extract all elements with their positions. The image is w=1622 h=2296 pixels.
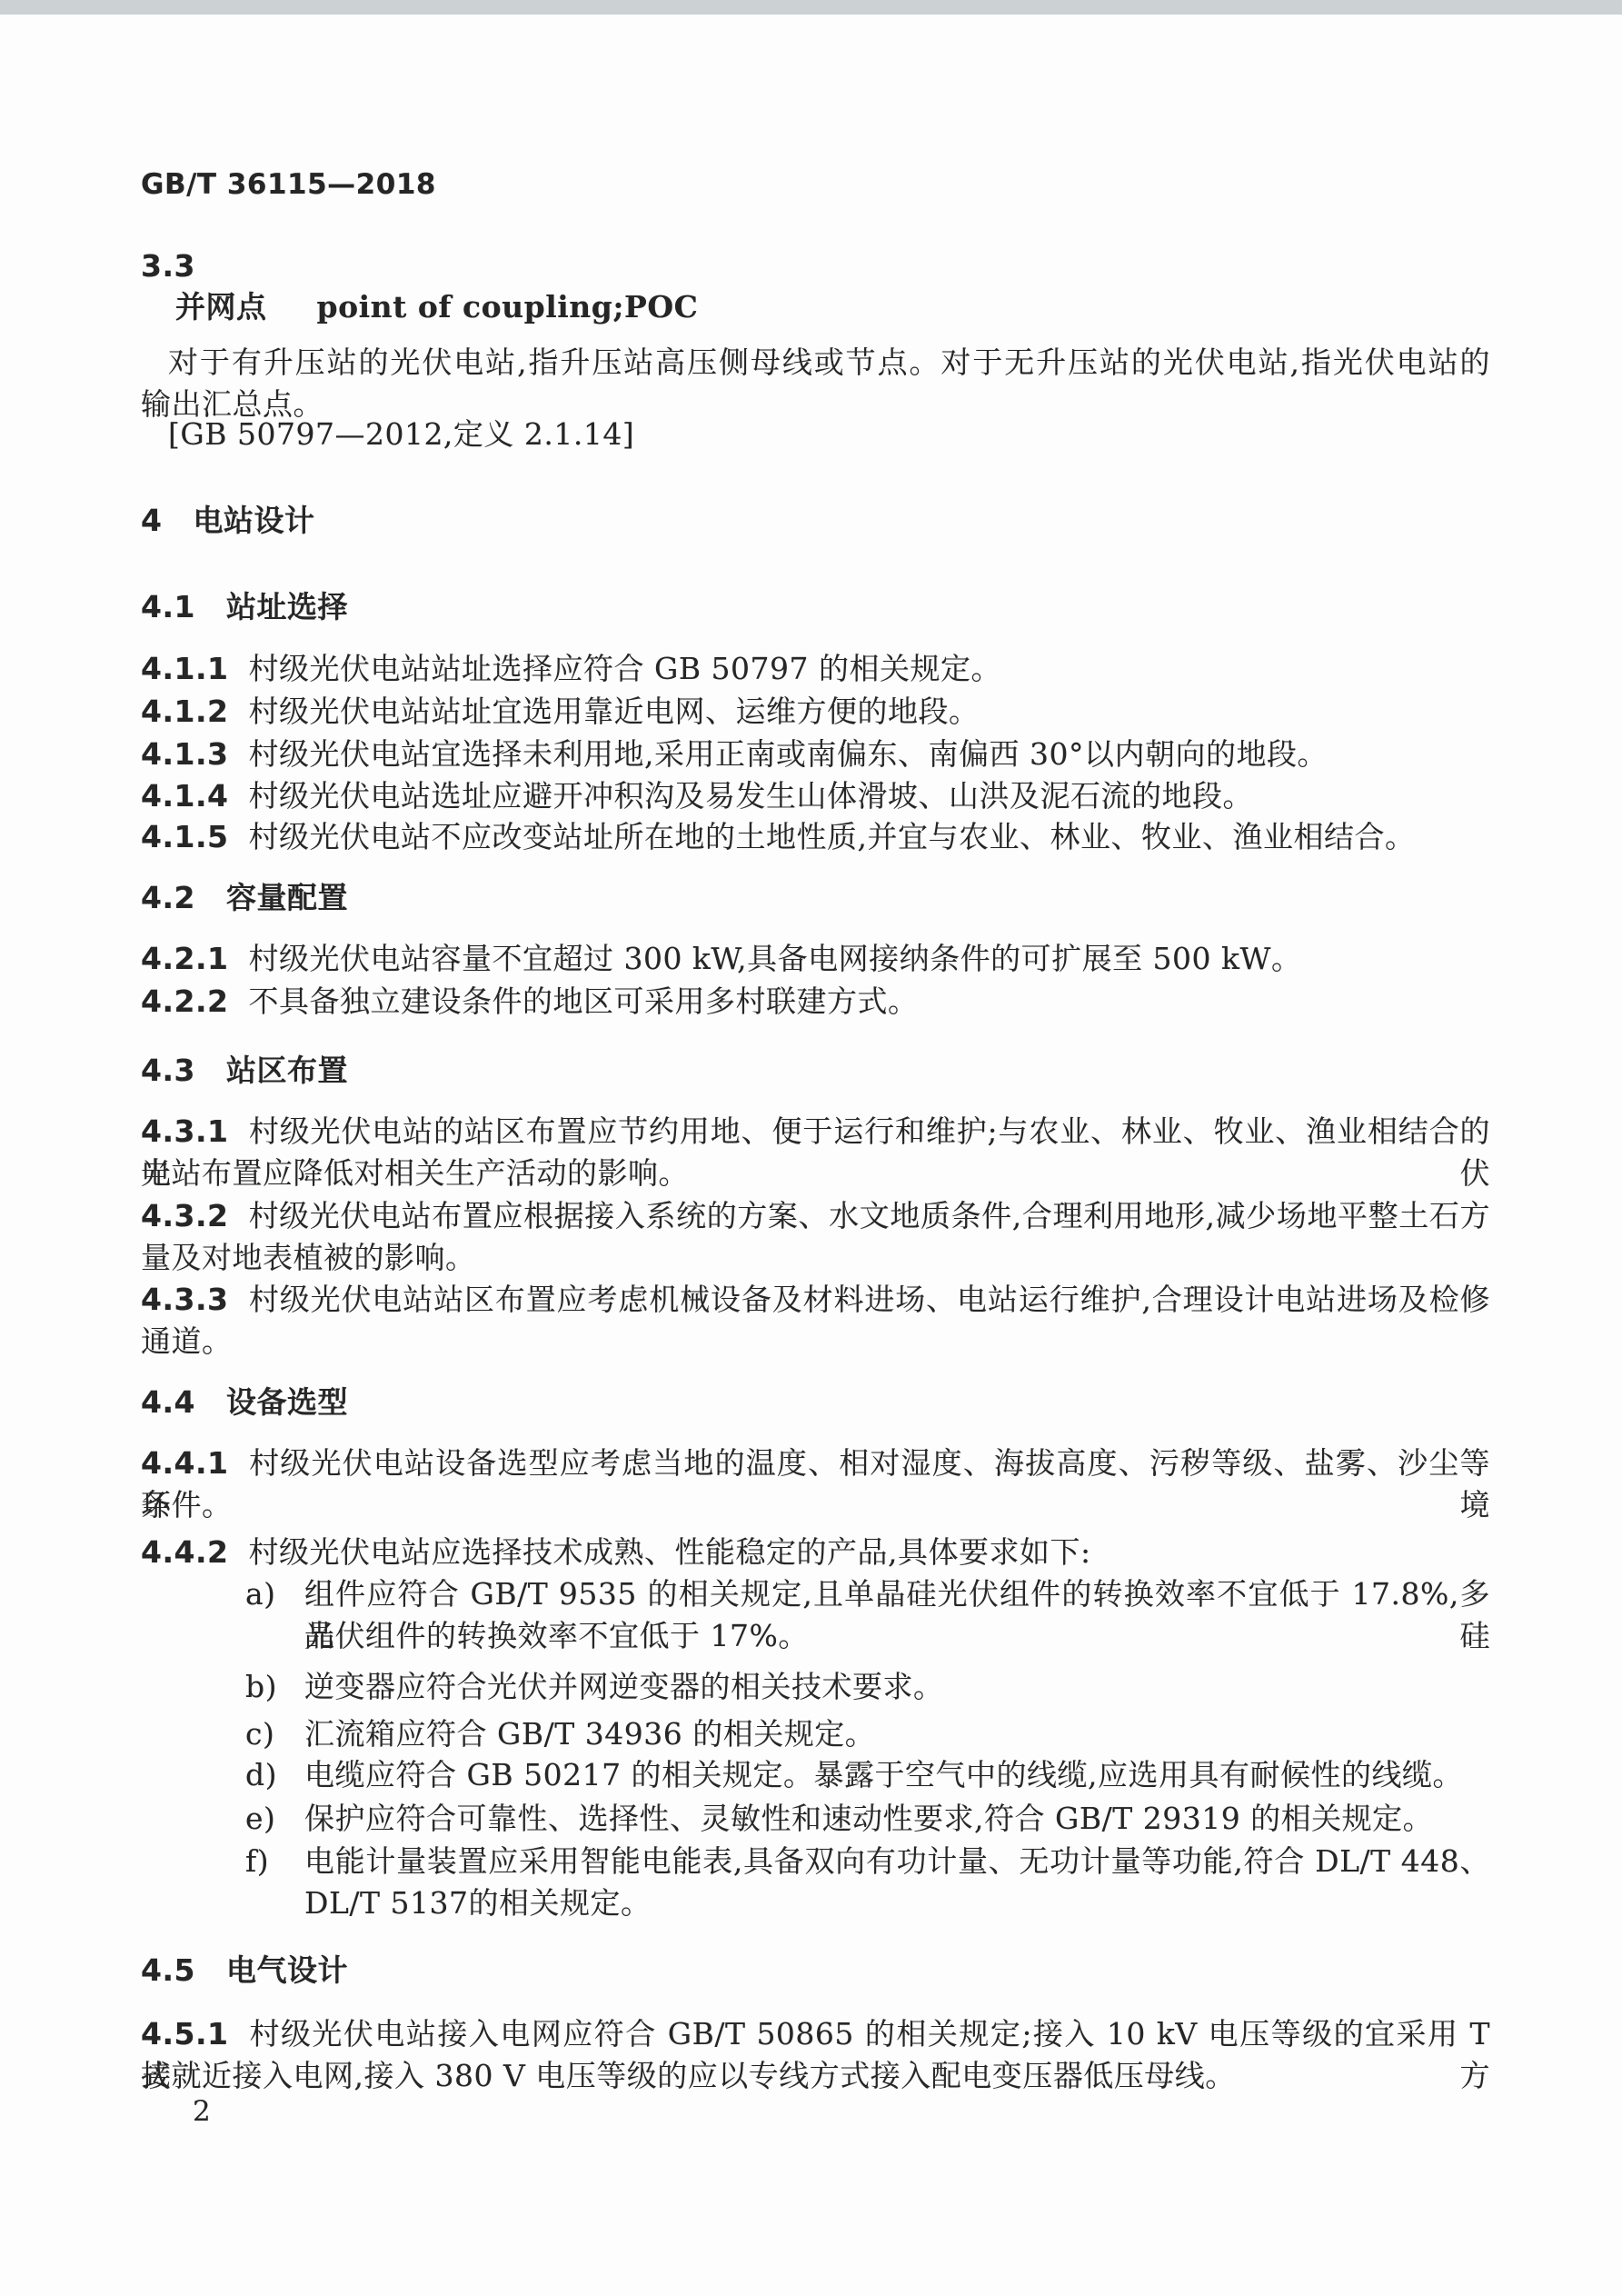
section-number: 4.4: [141, 1384, 195, 1420]
clause-text: 村级光伏电站宜选择未利用地,采用正南或南偏东、南偏西 30°以内朝向的地段。: [248, 736, 1327, 772]
section-heading: 4.3站区布置: [141, 1050, 1490, 1092]
term-heading: 并网点point of coupling;POC: [141, 286, 1490, 328]
clause: 4.2.1村级光伏电站容量不宜超过 300 kW,具备电网接纳条件的可扩展至 5…: [141, 938, 1490, 980]
clause-text: 不具备独立建设条件的地区可采用多村联建方式。: [248, 983, 918, 1019]
term-definition-line: 对于有升压站的光伏电站,指升压站高压侧母线或节点。对于无升压站的光伏电站,指光伏…: [141, 342, 1490, 384]
clause-text: 村级光伏电站站址选择应符合 GB 50797 的相关规定。: [248, 651, 1001, 686]
clause: 4.1.3村级光伏电站宜选择未利用地,采用正南或南偏东、南偏西 30°以内朝向的…: [141, 734, 1490, 775]
scan-edge: [0, 0, 1622, 15]
clause-number: 4.1.3: [141, 736, 228, 772]
clause-continuation: 条件。: [141, 1484, 1490, 1526]
section-number: 4.3: [141, 1053, 195, 1088]
clause-number: 4.3.1: [141, 1113, 228, 1149]
clause-number: 4.1.2: [141, 694, 228, 729]
clause-text: 村级光伏电站选址应避开冲积沟及易发生山体滑坡、山洪及泥石流的地段。: [248, 778, 1253, 814]
clause: 4.3.2村级光伏电站布置应根据接入系统的方案、水文地质条件,合理利用地形,减少…: [141, 1195, 1490, 1237]
section-number: 4.5: [141, 1952, 195, 1988]
chapter-heading: 4电站设计: [141, 500, 1490, 542]
clause-number: 4.5.1: [141, 2016, 228, 2051]
section-title: 站址选择: [226, 589, 348, 624]
list-item: b)逆变器应符合光伏并网逆变器的相关技术要求。: [141, 1666, 1490, 1708]
section-title: 站区布置: [226, 1053, 348, 1088]
clause-text: 村级光伏电站应选择技术成熟、性能稳定的产品,具体要求如下:: [248, 1534, 1090, 1570]
list-item-label: a): [245, 1573, 276, 1615]
term-zh: 并网点: [175, 289, 267, 324]
list-item-text: 逆变器应符合光伏并网逆变器的相关技术要求。: [304, 1669, 944, 1704]
term-number: 3.3: [141, 245, 1490, 287]
clause: 4.2.2不具备独立建设条件的地区可采用多村联建方式。: [141, 981, 1490, 1023]
list-item-text: 汇流箱应符合 GB/T 34936 的相关规定。: [304, 1716, 875, 1752]
clause: 4.4.2村级光伏电站应选择技术成熟、性能稳定的产品,具体要求如下:: [141, 1532, 1490, 1573]
clause: 4.1.4村级光伏电站选址应避开冲积沟及易发生山体滑坡、山洪及泥石流的地段。: [141, 775, 1490, 817]
section-heading: 4.4设备选型: [141, 1382, 1490, 1423]
clause-number: 4.2.1: [141, 941, 228, 976]
list-item-label: b): [245, 1666, 277, 1708]
clause-text: 村级光伏电站站区布置应考虑机械设备及材料进场、电站运行维护,合理设计电站进场及检…: [248, 1282, 1490, 1317]
list-item-text: 保护应符合可靠性、选择性、灵敏性和速动性要求,符合 GB/T 29319 的相关…: [304, 1801, 1433, 1836]
clause-number: 4.1.4: [141, 778, 228, 814]
list-item-continuation: DL/T 5137的相关规定。: [141, 1882, 1490, 1924]
list-item-label: c): [245, 1713, 274, 1755]
list-item: c)汇流箱应符合 GB/T 34936 的相关规定。: [141, 1713, 1490, 1755]
list-item-label: f): [245, 1841, 269, 1882]
clause: 4.1.2村级光伏电站站址宜选用靠近电网、运维方便的地段。: [141, 691, 1490, 733]
list-item: f)电能计量装置应采用智能电能表,具备双向有功计量、无功计量等功能,符合 DL/…: [141, 1841, 1490, 1882]
list-item-text: 电缆应符合 GB 50217 的相关规定。暴露于空气中的线缆,应选用具有耐候性的…: [304, 1757, 1463, 1792]
section-number: 4.1: [141, 589, 195, 624]
section-title: 设备选型: [226, 1384, 348, 1420]
clause-number: 4.2.2: [141, 983, 228, 1019]
page-number: 2: [193, 2091, 211, 2132]
clause-continuation: 电站布置应降低对相关生产活动的影响。: [141, 1153, 1490, 1194]
chapter-number: 4: [141, 503, 162, 538]
doc-code-header: GB/T 36115—2018: [141, 164, 1490, 205]
section-heading: 4.5电气设计: [141, 1950, 1490, 1992]
list-item: d)电缆应符合 GB 50217 的相关规定。暴露于空气中的线缆,应选用具有耐候…: [141, 1754, 1490, 1796]
clause-continuation: 式就近接入电网,接入 380 V 电压等级的应以专线方式接入配电变压器低压母线。: [141, 2055, 1490, 2097]
section-title: 电气设计: [226, 1952, 348, 1988]
list-item-text: 电能计量装置应采用智能电能表,具备双向有功计量、无功计量等功能,符合 DL/T …: [304, 1843, 1490, 1879]
clause: 4.1.1村级光伏电站站址选择应符合 GB 50797 的相关规定。: [141, 648, 1490, 690]
clause-text: 村级光伏电站不应改变站址所在地的土地性质,并宜与农业、林业、牧业、渔业相结合。: [248, 819, 1415, 854]
list-item-label: e): [245, 1798, 275, 1840]
list-item-label: d): [245, 1754, 277, 1796]
clause-number: 4.3.3: [141, 1282, 228, 1317]
chapter-title: 电站设计: [193, 503, 314, 538]
list-item-continuation: 光伏组件的转换效率不宜低于 17%。: [141, 1615, 1490, 1657]
list-item: e)保护应符合可靠性、选择性、灵敏性和速动性要求,符合 GB/T 29319 的…: [141, 1798, 1490, 1840]
clause: 4.1.5村级光伏电站不应改变站址所在地的土地性质,并宜与农业、林业、牧业、渔业…: [141, 816, 1490, 858]
clause-text: 村级光伏电站站址宜选用靠近电网、运维方便的地段。: [248, 694, 979, 729]
clause-text: 村级光伏电站容量不宜超过 300 kW,具备电网接纳条件的可扩展至 500 kW…: [248, 941, 1301, 976]
page-content: GB/T 36115—2018 3.3 并网点point of coupling…: [141, 0, 1490, 2296]
term-en: point of coupling;POC: [317, 289, 699, 324]
term-source-reference: [GB 50797—2012,定义 2.1.14]: [141, 414, 1490, 455]
clause-continuation: 量及对地表植被的影响。: [141, 1237, 1490, 1279]
clause-number: 4.3.2: [141, 1198, 228, 1233]
section-title: 容量配置: [226, 880, 348, 915]
document-page: GB/T 36115—2018 3.3 并网点point of coupling…: [0, 0, 1622, 2296]
clause-continuation: 通道。: [141, 1321, 1490, 1363]
clause: 4.3.3村级光伏电站站区布置应考虑机械设备及材料进场、电站运行维护,合理设计电…: [141, 1279, 1490, 1321]
clause-number: 4.1.1: [141, 651, 228, 686]
section-number: 4.2: [141, 880, 195, 915]
section-heading: 4.1站址选择: [141, 586, 1490, 628]
clause-number: 4.4.2: [141, 1534, 228, 1570]
clause-number: 4.1.5: [141, 819, 228, 854]
clause-text: 村级光伏电站布置应根据接入系统的方案、水文地质条件,合理利用地形,减少场地平整土…: [248, 1198, 1490, 1233]
section-heading: 4.2容量配置: [141, 877, 1490, 919]
clause-number: 4.4.1: [141, 1445, 228, 1481]
